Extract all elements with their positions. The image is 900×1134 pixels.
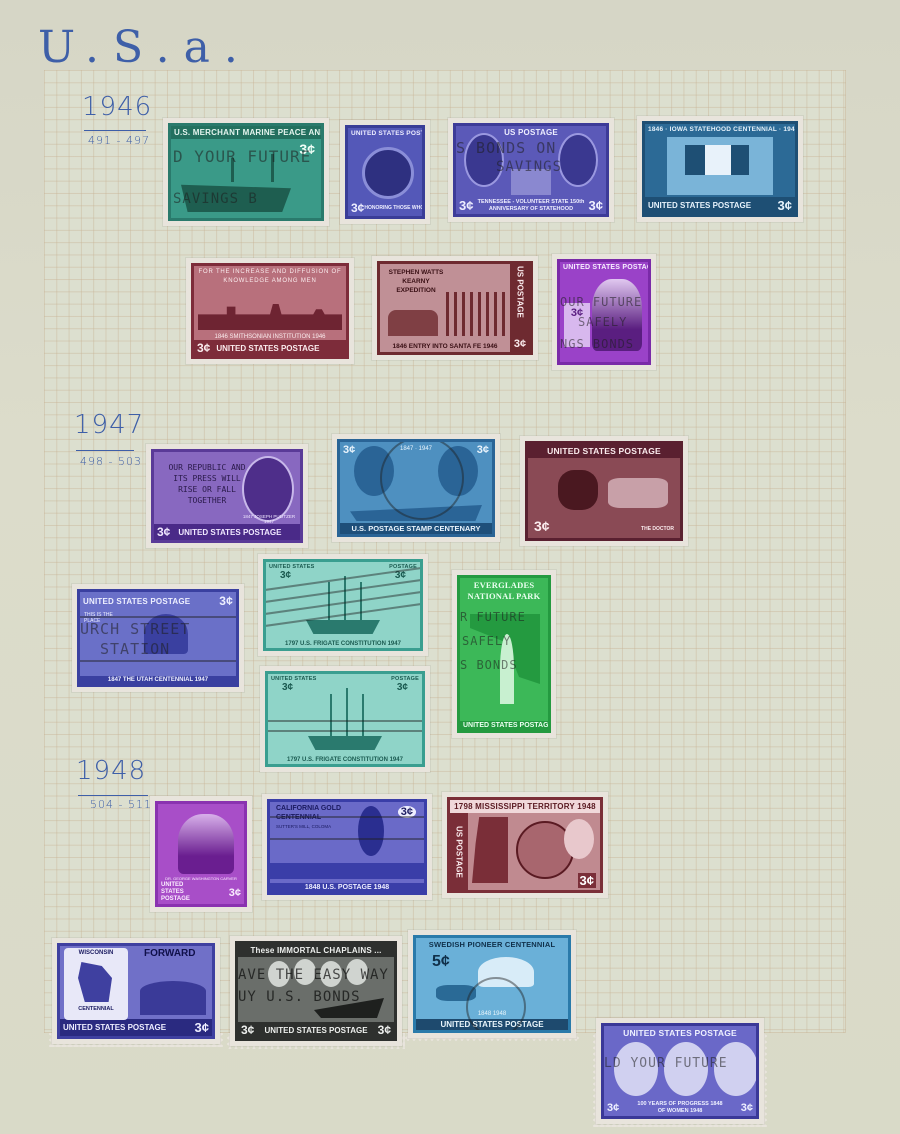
stamp-carver[interactable]: DR. GEORGE WASHINGTON CARVER UNITED STAT… <box>150 796 252 912</box>
mississippi-seal-map: US POSTAGE 3¢ <box>450 813 600 890</box>
stamp-swedish-pioneer[interactable]: SWEDISH PIONEER CENTENNIAL 5¢ 1848 1948 … <box>408 930 576 1038</box>
ship-illustration: 3¢ D YOUR FUTURE SAVINGS B <box>171 139 321 218</box>
edison-portrait: 3¢ OUR FUTURE SAFELY NGS BONDS <box>560 273 648 362</box>
year-rule <box>84 130 146 131</box>
heron-florida-map: R FUTURE SAFELY S BONDS <box>460 604 548 721</box>
stamp-tennessee-statehood[interactable]: US POSTAGE S BONDS ON SAVINGS 3¢ TENNESS… <box>448 118 614 222</box>
chaplains-ship: AVE THE EASY WAY UY U.S. BONDS <box>238 957 394 1022</box>
kearny-scene: STEPHEN WATTS KEARNY EXPEDITION 1846 ENT… <box>380 264 510 352</box>
portraits-capitol: S BONDS ON SAVINGS <box>456 139 606 197</box>
stamp-iowa-statehood[interactable]: 1846 · IOWA STATEHOOD CENTENNIAL · 1946 … <box>637 116 803 222</box>
stamp-frigate-constitution[interactable]: UNITED STATES POSTAGE 3¢ 3¢ 1797 U.S. FR… <box>260 666 430 772</box>
frigate-illustration: 3¢ 3¢ <box>268 684 422 756</box>
stamp-everglades[interactable]: EVERGLADES NATIONAL PARK R FUTURE SAFELY… <box>452 570 556 738</box>
carver-portrait: DR. GEORGE WASHINGTON CARVER <box>158 804 244 881</box>
stamp-mississippi-territory[interactable]: 1798 MISSISSIPPI TERRITORY 1948 US POSTA… <box>442 792 608 898</box>
catalog-range-1948: 504 - 511 <box>90 798 152 811</box>
iowa-flag-map <box>645 135 795 197</box>
stamp-edison[interactable]: UNITED STATES POSTAGE 3¢ OUR FUTURE SAFE… <box>552 254 656 370</box>
catalog-range-1947: 498 - 503 <box>80 455 142 468</box>
catalog-range-1946: 491 - 497 <box>88 134 150 147</box>
year-rule <box>78 795 148 796</box>
three-women-portraits: LD YOUR FUTURE <box>604 1040 756 1100</box>
stamp-honoring-veterans[interactable]: UNITED STATES POSTAGE 3¢ HONORING THOSE … <box>340 120 430 224</box>
smithsonian-building: 1846 SMITHSONIAN INSTITUTION 1946 <box>194 288 346 340</box>
doctor-painting: 3¢ THE DOCTOR <box>528 458 680 538</box>
sutters-mill: CALIFORNIA GOLD CENTENNIAL SUTTER'S MILL… <box>270 802 424 883</box>
pulitzer-scene: OUR REPUBLIC AND ITS PRESS WILL RISE OR … <box>154 452 300 524</box>
page-title: U.S.a. <box>38 22 252 73</box>
wisconsin-map-capitol: WISCONSIN CENTENNIAL FORWARD <box>60 946 212 1019</box>
stamp-california-gold[interactable]: CALIFORNIA GOLD CENTENNIAL SUTTER'S MILL… <box>262 794 432 900</box>
stamp-four-chaplains[interactable]: These IMMORTAL CHAPLAINS ... AVE THE EAS… <box>230 936 402 1046</box>
year-heading-1947: 1947 <box>74 410 144 440</box>
eagle-emblem <box>348 139 422 200</box>
stamp-postage-centenary[interactable]: 1847 · 1947 3¢ 3¢ U.S. POSTAGE STAMP CEN… <box>332 434 500 542</box>
oxen-wagon: 5¢ 1848 1948 <box>416 951 568 1019</box>
stamp-merchant-marine[interactable]: U.S. MERCHANT MARINE PEACE AND WAR UNITE… <box>163 118 329 226</box>
year-rule <box>76 450 134 451</box>
year-heading-1948: 1948 <box>76 756 146 786</box>
year-heading-1946: 1946 <box>82 92 152 122</box>
covered-wagon: THIS IS THE PLACE URCH STREET STATION <box>80 610 236 676</box>
stamp-smithsonian[interactable]: FOR THE INCREASE AND DIFFUSION OF KNOWLE… <box>186 258 354 364</box>
stamp-pulitzer[interactable]: OUR REPUBLIC AND ITS PRESS WILL RISE OR … <box>146 444 308 548</box>
stamp-kearny-expedition[interactable]: STEPHEN WATTS KEARNY EXPEDITION 1846 ENT… <box>372 256 538 360</box>
frigate-illustration: 3¢ 3¢ <box>266 572 420 640</box>
franklin-washington-portraits: 1847 · 1947 3¢ 3¢ <box>340 442 492 523</box>
stamp-wisconsin-centennial[interactable]: WISCONSIN CENTENNIAL FORWARD UNITED STAT… <box>52 938 220 1044</box>
stamp-progress-of-women[interactable]: UNITED STATES POSTAGE LD YOUR FUTURE 3¢ … <box>596 1018 764 1124</box>
stamp-utah-centennial[interactable]: UNITED STATES POSTAGE 3¢ THIS IS THE PLA… <box>72 584 244 692</box>
stamp-the-doctor[interactable]: UNITED STATES POSTAGE 3¢ THE DOCTOR <box>520 436 688 546</box>
stamp-frigate-constitution[interactable]: UNITED STATES POSTAGE 3¢ 3¢ 1797 U.S. FR… <box>258 554 428 656</box>
